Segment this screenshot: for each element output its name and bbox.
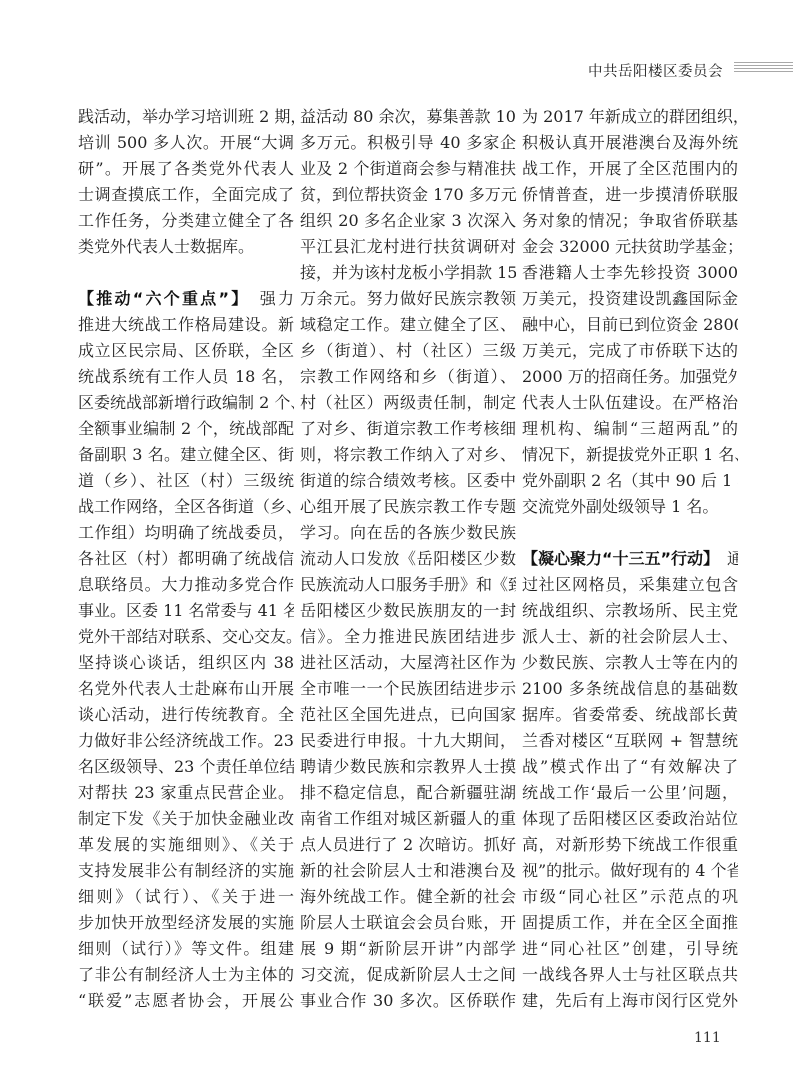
text-line: 全市唯一一个民族团结进步示 [300, 676, 516, 702]
text-line: 革发展的实施细则》、《关于 [78, 832, 294, 858]
text-line: 践活动，举办学习培训班 2 期， [78, 104, 294, 130]
text-line: 万美元，完成了市侨联下达的 [522, 338, 738, 364]
text-line: 战工作网络，全区各街道（乡、 [78, 494, 294, 520]
text-line: 道（乡）、社区（村）三级统 [78, 468, 294, 494]
text-line: 据库。省委常委、统战部长黄 [522, 702, 738, 728]
text-line: 细则》（试行）、《关于进一 [78, 884, 294, 910]
text-line: 心组开展了民族宗教工作专题 [300, 494, 516, 520]
text-line: 民委进行申报。十九大期间， [300, 728, 516, 754]
text-column-1: 践活动，举办学习培训班 2 期，培训 500 多人次。开展“大调研”。开展了各类… [78, 104, 294, 1014]
text-line: 接，并为该村龙板小学捐款 15 [300, 260, 516, 286]
text-line: 建，先后有上海市闵行区党外 [522, 988, 738, 1014]
text-line: 细则（试行）》等文件。组建 [78, 936, 294, 962]
text-line: 街道的综合绩效考核。区委中 [300, 468, 516, 494]
paragraph-gap [522, 520, 738, 546]
text-line: 组织 20 多名企业家 3 次深入 [300, 208, 516, 234]
page-number: 111 [694, 1030, 721, 1046]
text-line: 少数民族、宗教人士等在内的 [522, 650, 738, 676]
text-line: 息联络员。大力推动多党合作 [78, 572, 294, 598]
section-lead-text: 通 [711, 549, 738, 568]
text-line: 阶层人士联谊会会员台账，开 [300, 910, 516, 936]
paragraph: 践活动，举办学习培训班 2 期，培训 500 多人次。开展“大调研”。开展了各类… [78, 104, 294, 260]
section-heading: 【推动“六个重点”】 [78, 289, 241, 308]
text-line: 对帮扶 23 家重点民营企业。 [78, 780, 294, 806]
text-line: 党外干部结对联系、交心交友。 [78, 624, 294, 650]
text-line: 学习。向在岳的各族少数民族 [300, 520, 516, 546]
text-line: 力做好非公经济统战工作。23 [78, 728, 294, 754]
text-line: 战”模式作出了“有效解决了 [522, 754, 738, 780]
text-line: 万美元，投资建设凯鑫国际金 [522, 286, 738, 312]
text-line: 岳阳楼区少数民族朋友的一封 [300, 598, 516, 624]
text-line: 点人员进行了 2 次暗访。抓好 [300, 832, 516, 858]
header-decorative-rule [734, 62, 793, 76]
paragraph: 为 2017 年新成立的群团组织，积极认真开展港澳台及海外统战工作，开展了全区范… [522, 104, 738, 520]
text-line: 2100 多条统战信息的基础数 [522, 676, 738, 702]
text-line: 进“同心社区”创建，引导统 [522, 936, 738, 962]
text-line: 业及 2 个街道商会参与精准扶 [300, 156, 516, 182]
text-line: 全额事业编制 2 个，统战部配 [78, 416, 294, 442]
text-line: “联爱”志愿者协会，开展公 [78, 988, 294, 1014]
text-line: 支持发展非公有制经济的实施 [78, 858, 294, 884]
text-line: 村（社区）两级责任制，制定 [300, 390, 516, 416]
text-line: 习交流，促成新阶层人士之间 [300, 962, 516, 988]
text-line: 流动人口发放《岳阳楼区少数 [300, 546, 516, 572]
text-line: 过社区网格员，采集建立包含 [522, 572, 738, 598]
text-line: 贫，到位帮扶资金 170 多万元。 [300, 182, 516, 208]
section-lead-text: 强力 [241, 289, 294, 308]
text-line: 为 2017 年新成立的群团组织， [522, 104, 738, 130]
text-line: 交流党外副处级领导 1 名。 [522, 494, 738, 520]
text-line: 2000 万的招商任务。加强党外 [522, 364, 738, 390]
text-line: 新的社会阶层人士和港澳台及 [300, 858, 516, 884]
text-line: 成立区民宗局、区侨联，全区 [78, 338, 294, 364]
text-line: 兰香对楼区“互联网 + 智慧统 [522, 728, 738, 754]
text-line: 事业合作 30 多次。区侨联作 [300, 988, 516, 1014]
text-line: 聘请少数民族和宗教界人士摸 [300, 754, 516, 780]
text-line: 市级“同心社区”示范点的巩 [522, 884, 738, 910]
text-line: 区委统战部新增行政编制 2 个、 [78, 390, 294, 416]
text-line: 范社区全国先进点，已向国家 [300, 702, 516, 728]
text-line: 理机构、编制“三超两乱”的 [522, 416, 738, 442]
text-line: 海外统战工作。健全新的社会 [300, 884, 516, 910]
text-line: 侨情普查，进一步摸清侨联服 [522, 182, 738, 208]
text-line: 乡（街道）、村（社区）三级 [300, 338, 516, 364]
paragraph: 益活动 80 余次，募集善款 100多万元。积极引导 40 多家企业及 2 个街… [300, 104, 516, 1014]
section-heading-line: 【推动“六个重点”】 强力 [78, 286, 294, 312]
text-line: 类党外代表人士数据库。 [78, 234, 294, 260]
text-line: 谈心活动，进行传统教育。全 [78, 702, 294, 728]
running-header: 中共岳阳楼区委员会 [588, 58, 723, 82]
paragraph-gap [78, 260, 294, 286]
text-line: 一战线各界人士与社区联点共 [522, 962, 738, 988]
text-line: 高，对新形势下统战工作很重 [522, 832, 738, 858]
text-line: 排不稳定信息，配合新疆驻湖 [300, 780, 516, 806]
text-line: 统战组织、宗教场所、民主党 [522, 598, 738, 624]
text-line: 视”的批示。做好现有的 4 个省、 [522, 858, 738, 884]
text-line: 名党外代表人士赴麻布山开展 [78, 676, 294, 702]
text-line: 坚持谈心谈话，组织区内 38 [78, 650, 294, 676]
text-line: 进社区活动，大屋湾社区作为 [300, 650, 516, 676]
text-line: 党外副职 2 名（其中 90 后 1 名）， [522, 468, 738, 494]
text-line: 派人士、新的社会阶层人士、 [522, 624, 738, 650]
text-line: 则，将宗教工作纳入了对乡、 [300, 442, 516, 468]
section: 【推动“六个重点”】 强力推进大统战工作格局建设。新成立区民宗局、区侨联，全区统… [78, 286, 294, 1014]
section-heading-line: 【凝心聚力“十三五”行动】 通 [522, 546, 738, 572]
text-line: 固提质工作，并在全区全面推 [522, 910, 738, 936]
text-line: 民族流动人口服务手册》和《致 [300, 572, 516, 598]
text-column-2: 益活动 80 余次，募集善款 100多万元。积极引导 40 多家企业及 2 个街… [300, 104, 516, 1014]
text-line: 事业。区委 11 名常委与 41 名 [78, 598, 294, 624]
text-line: 研”。开展了各类党外代表人 [78, 156, 294, 182]
text-line: 备副职 3 名。建立健全区、街 [78, 442, 294, 468]
text-line: 各社区（村）都明确了统战信 [78, 546, 294, 572]
text-line: 了非公有制经济人士为主体的 [78, 962, 294, 988]
text-line: 融中心，目前已到位资金 2800 [522, 312, 738, 338]
section-heading: 【凝心聚力“十三五”行动】 [522, 549, 711, 568]
text-line: 了对乡、街道宗教工作考核细 [300, 416, 516, 442]
text-line: 金会 32000 元扶贫助学基金； [522, 234, 738, 260]
text-line: 域稳定工作。建立健全了区、 [300, 312, 516, 338]
text-line: 南省工作组对城区新疆人的重 [300, 806, 516, 832]
text-line: 务对象的情况；争取省侨联基 [522, 208, 738, 234]
text-line: 工作组）均明确了统战委员， [78, 520, 294, 546]
text-line: 统战系统有工作人员 18 名， [78, 364, 294, 390]
text-line: 制定下发《关于加快金融业改 [78, 806, 294, 832]
text-line: 战工作，开展了全区范围内的 [522, 156, 738, 182]
text-line: 代表人士队伍建设。在严格治 [522, 390, 738, 416]
section: 【凝心聚力“十三五”行动】 通过社区网格员，采集建立包含统战组织、宗教场所、民主… [522, 546, 738, 1014]
text-line: 多万元。积极引导 40 多家企 [300, 130, 516, 156]
text-line: 培训 500 多人次。开展“大调 [78, 130, 294, 156]
text-line: 益活动 80 余次，募集善款 100 [300, 104, 516, 130]
header-title: 中共岳阳楼区委员会 [588, 60, 723, 81]
text-column-3: 为 2017 年新成立的群团组织，积极认真开展港澳台及海外统战工作，开展了全区范… [522, 104, 738, 1014]
text-line: 推进大统战工作格局建设。新 [78, 312, 294, 338]
text-line: 名区级领导、23 个责任单位结 [78, 754, 294, 780]
text-line: 体现了岳阳楼区区委政治站位 [522, 806, 738, 832]
text-line: 统战工作‘最后一公里’问题， [522, 780, 738, 806]
text-line: 平江县汇龙村进行扶贫调研对 [300, 234, 516, 260]
text-line: 工作任务，分类建立健全了各 [78, 208, 294, 234]
text-line: 步加快开放型经济发展的实施 [78, 910, 294, 936]
text-line: 香港籍人士李先轸投资 3000 [522, 260, 738, 286]
text-line: 展 9 期“新阶层开讲”内部学 [300, 936, 516, 962]
text-line: 信》。全力推进民族团结进步 [300, 624, 516, 650]
text-line: 积极认真开展港澳台及海外统 [522, 130, 738, 156]
text-line: 士调查摸底工作，全面完成了 [78, 182, 294, 208]
text-line: 万余元。努力做好民族宗教领 [300, 286, 516, 312]
text-line: 宗教工作网络和乡（街道）、 [300, 364, 516, 390]
text-line: 情况下，新提拔党外正职 1 名、 [522, 442, 738, 468]
